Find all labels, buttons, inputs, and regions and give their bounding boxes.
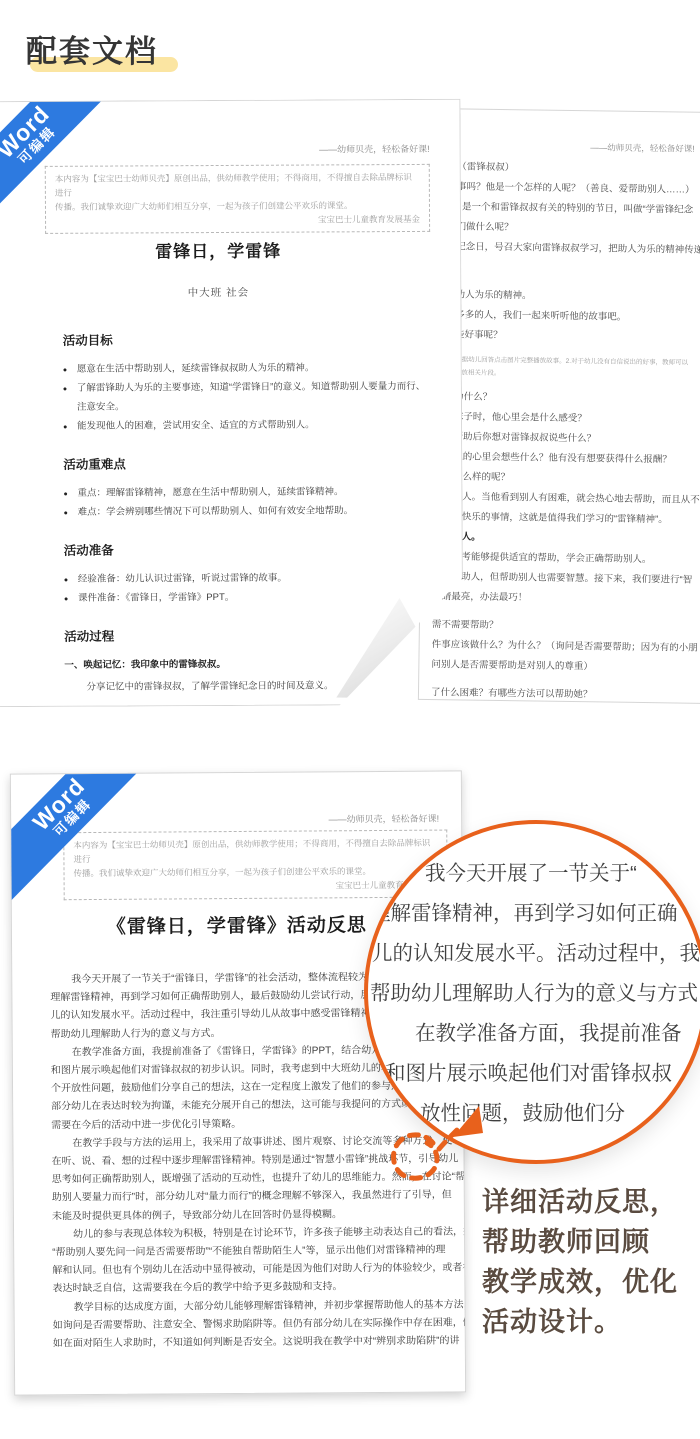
heading-keypoints: 活动重难点	[63, 454, 433, 474]
magnified-line: 儿的认知发展水平。活动过程中，我	[368, 934, 700, 974]
magnified-line: 理解雷锋精神，再到学习如何正确	[368, 894, 700, 934]
magnified-line: 帮助幼儿理解助人行为的意义与方式	[368, 974, 700, 1014]
caption-line: 活动设计。	[482, 1302, 678, 1342]
body-line: 如在面对陌生人求助时，不知道如何判断是否安全。这说明我在教学中对“辨别求助陷阱”…	[53, 1333, 455, 1354]
back-page-line: 眼睛最亮，办法最巧！	[432, 587, 700, 611]
doc1-front-page: Word 可编辑 ——幼师贝壳，轻松备好课! 本内容为【宝宝巴士幼师贝壳】原创出…	[0, 99, 464, 708]
bullet-item: 愿意在生活中帮助别人，延续雷锋叔叔助人为乐的精神。	[63, 358, 433, 379]
bullet-item: 了解雷锋助人为乐的主要事迹，知道“学雷锋日”的意义。知道帮助别人要量力而行、注意…	[63, 377, 433, 417]
heading-prep: 活动准备	[64, 540, 434, 560]
back-page-line: 问别人是否需要帮助是对别人的尊重）	[431, 655, 700, 679]
back-page-line: 了哪些好事呢？	[436, 325, 700, 349]
body-line: 解和认同。但也有个别幼儿在活动中显得被动，可能是因为他们对助人行为的体验较少，或…	[52, 1260, 454, 1281]
word-editable-ribbon-icon: Word 可编辑	[0, 100, 130, 256]
magnified-line: 我今天开展了一节关于“	[368, 854, 700, 894]
bullet-item: 经验准备：幼儿认识过雷锋，听说过雷锋的故事。	[64, 568, 434, 589]
caption-text: 详细活动反思，帮助教师回顾教学成效，优化活动设计。	[482, 1182, 678, 1342]
curved-arrow-icon	[375, 1095, 505, 1200]
word-editable-ribbon-icon: Word 可编辑	[10, 773, 166, 929]
page-slogan: ——幼师贝壳，轻松备好课!	[590, 141, 695, 154]
back-page-line: 鼓励幼儿发散思考，思考不同的助人方法。	[431, 703, 700, 704]
ribbon-band: Word 可编辑	[0, 100, 130, 244]
magnified-line: 和图片展示唤起他们对雷锋叔叔	[368, 1054, 700, 1094]
doc1-subtitle: 中大班 社会	[0, 284, 460, 302]
bullet-item: 课件准备：《雷锋日，学雷锋》PPT。	[64, 587, 434, 608]
back-page-line: 了什么困难？有哪些方法可以帮助她？	[431, 683, 700, 704]
goals-list: 愿意在生活中帮助别人，延续雷锋叔叔助人为乐的精神。了解雷锋助人为乐的主要事迹，知…	[63, 358, 433, 436]
caption-line: 帮助教师回顾	[482, 1222, 678, 1262]
page-root: 配套文档 ——幼师贝壳，轻松备好课! 吗？（雷锋叔叔）的故事吗？他是一个怎样的人…	[0, 0, 700, 1439]
caption-line: 详细活动反思，	[482, 1182, 678, 1222]
bullet-item: 重点：理解雷锋精神，愿意在生活中帮助别人，延续雷锋精神。	[63, 482, 433, 503]
ribbon-word-label: Word	[10, 773, 156, 903]
keypoints-list: 重点：理解雷锋精神，愿意在生活中帮助别人，延续雷锋精神。难点：学会辨别哪些情况下…	[63, 482, 433, 522]
magnified-text: 我今天开展了一节关于“理解雷锋精神，再到学习如何正确儿的认知发展水平。活动过程中…	[368, 854, 700, 1134]
bullet-item: 能发现他人的困难，尝试用安全、适宜的方式帮助别人。	[63, 415, 433, 436]
caption-line: 教学成效，优化	[482, 1262, 678, 1302]
section-title: 配套文档	[26, 26, 158, 71]
page-slogan: ——幼师贝壳，轻松备好课!	[329, 812, 440, 826]
ribbon-band: Word 可编辑	[10, 773, 166, 917]
bullet-item: 难点：学会辨别哪些情况下可以帮助别人、如何有效安全地帮助。	[64, 501, 434, 522]
heading-goals: 活动目标	[63, 330, 433, 350]
page-slogan: ——幼师贝壳，轻松备好课!	[319, 142, 430, 156]
back-page-line: 雷锋纪念日，号召大家向雷锋叔叔学习，把助人为乐的精神传递	[437, 237, 700, 261]
magnified-line: 在教学准备方面，我提前准备	[368, 1014, 700, 1054]
process-detail: 分享记忆中的雷锋叔叔，了解学雷锋纪念日的时间及意义。	[64, 676, 434, 697]
back-page-lines: 吗？（雷锋叔叔）的故事吗？他是一个怎样的人呢？（善良、爱帮助别人……）月5日是一…	[431, 157, 700, 704]
prep-list: 经验准备：幼儿认识过雷锋，听说过雷锋的故事。课件准备：《雷锋日，学雷锋》PPT。	[64, 568, 434, 608]
